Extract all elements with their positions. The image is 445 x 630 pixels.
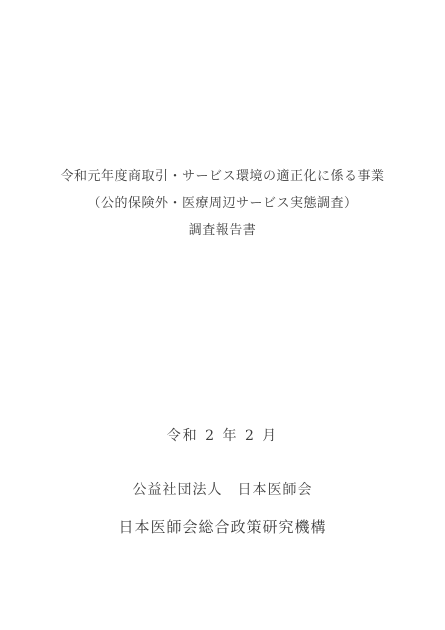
report-type-line: 調査報告書 bbox=[0, 217, 445, 244]
publication-date: 令和 2 年 2 月 bbox=[0, 425, 445, 445]
publisher-block: 公益社団法人 日本医師会 日本医師会総合政策研究機構 bbox=[0, 479, 445, 537]
report-cover-page: 令和元年度商取引・サービス環境の適正化に係る事業 （公的保険外・医療周辺サービス… bbox=[0, 0, 445, 630]
publisher-name: 公益社団法人 日本医師会 bbox=[0, 479, 445, 499]
report-title-block: 令和元年度商取引・サービス環境の適正化に係る事業 （公的保険外・医療周辺サービス… bbox=[0, 163, 445, 244]
report-title-line1: 令和元年度商取引・サービス環境の適正化に係る事業 bbox=[0, 163, 445, 190]
report-subtitle-line: （公的保険外・医療周辺サービス実態調査） bbox=[0, 190, 445, 217]
research-institute-name: 日本医師会総合政策研究機構 bbox=[0, 516, 445, 537]
